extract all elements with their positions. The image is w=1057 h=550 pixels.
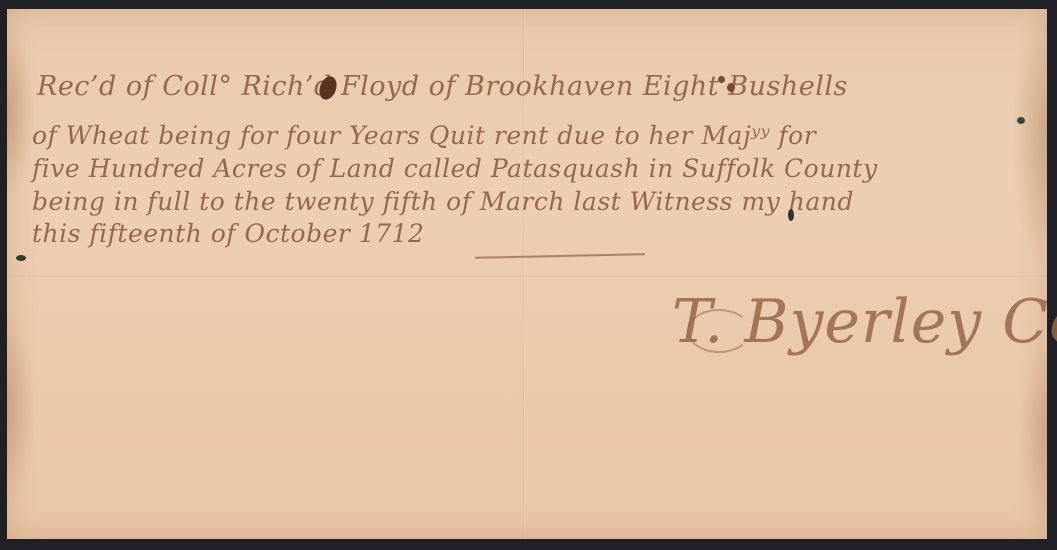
ink-blot (718, 76, 725, 83)
ink-spot (16, 255, 26, 261)
text-line-5: this fifteenth of October 1712 (32, 219, 424, 248)
ink-blot (727, 83, 735, 92)
signature: T. Byerley Coll (672, 287, 1057, 357)
text-line-3: five Hundred Acres of Land called Patasq… (32, 154, 878, 183)
text-line-4: being in full to the twenty fifth of Mar… (32, 187, 854, 216)
horizontal-fold-line (7, 276, 1047, 278)
document-page: Rec’d of Coll° Rich’d Floyd of Brookhave… (7, 9, 1047, 539)
text-line-2: of Wheat being for four Years Quit rent … (32, 121, 816, 150)
ink-spot (1017, 117, 1025, 124)
ink-blot (788, 209, 794, 221)
date-underline (475, 253, 645, 259)
